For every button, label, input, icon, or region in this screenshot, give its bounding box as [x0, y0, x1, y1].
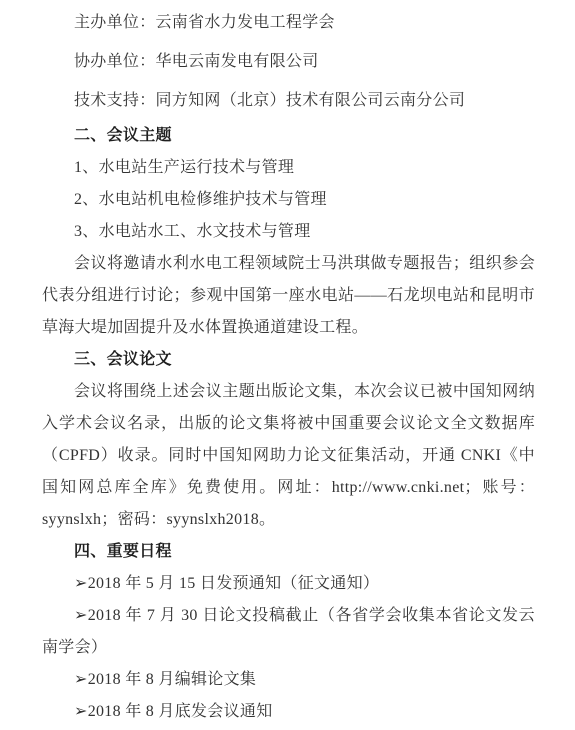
- host-organizer-line: 主办单位：云南省水力发电工程学会: [42, 3, 535, 42]
- topic-item-3: 3、水电站水工、水文技术与管理: [42, 216, 535, 248]
- section-topics-heading: 二、会议主题: [42, 120, 535, 152]
- schedule-item-1: ➢2018 年 5 月 15 日发预通知（征文通知）: [42, 568, 535, 600]
- section-papers-heading: 三、会议论文: [42, 344, 535, 376]
- schedule-item-3: ➢2018 年 8 月编辑论文集: [42, 664, 535, 696]
- topic-item-2: 2、水电站机电检修维护技术与管理: [42, 184, 535, 216]
- section-topics: 二、会议主题 1、水电站生产运行技术与管理 2、水电站机电检修维护技术与管理 3…: [42, 120, 535, 344]
- schedule-item-2: ➢2018 年 7 月 30 日论文投稿截止（各省学会收集本省论文发云南学会）: [42, 600, 535, 664]
- conference-activities-paragraph: 会议将邀请水利水电工程领域院士马洪琪做专题报告；组织参会代表分组进行讨论；参观中…: [42, 248, 535, 344]
- document-page: 主办单位：云南省水力发电工程学会 协办单位：华电云南发电有限公司 技术支持：同方…: [0, 0, 575, 730]
- organizer-block: 主办单位：云南省水力发电工程学会 协办单位：华电云南发电有限公司 技术支持：同方…: [42, 3, 535, 120]
- co-organizer-line: 协办单位：华电云南发电有限公司: [42, 42, 535, 81]
- schedule-item-4: ➢2018 年 8 月底发会议通知: [42, 696, 535, 728]
- section-schedule-heading: 四、重要日程: [42, 536, 535, 568]
- papers-paragraph: 会议将围绕上述会议主题出版论文集，本次会议已被中国知网纳入学术会议名录，出版的论…: [42, 376, 535, 536]
- topic-item-1: 1、水电站生产运行技术与管理: [42, 152, 535, 184]
- section-papers: 三、会议论文 会议将围绕上述会议主题出版论文集，本次会议已被中国知网纳入学术会议…: [42, 344, 535, 536]
- section-schedule: 四、重要日程 ➢2018 年 5 月 15 日发预通知（征文通知） ➢2018 …: [42, 536, 535, 728]
- tech-support-line: 技术支持：同方知网（北京）技术有限公司云南分公司: [42, 81, 535, 120]
